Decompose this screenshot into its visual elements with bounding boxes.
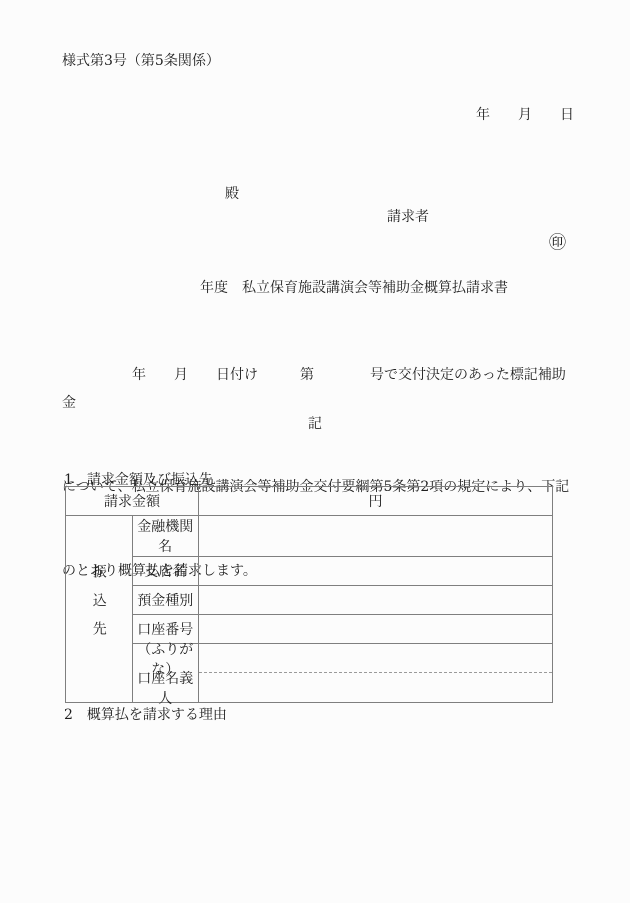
table-row: 振込先 金融機関名 xyxy=(66,516,553,557)
furigana-value xyxy=(199,644,552,673)
account-holder-label-cell: （ふりがな） 口座名義人 xyxy=(132,644,199,703)
amount-label-cell: 請求金額 xyxy=(66,487,199,516)
payment-request-table: 請求金額 円 振込先 金融機関名 支店名 預金種別 口座番号 xyxy=(65,486,553,703)
seal-mark-icon: ㊞ xyxy=(549,228,566,253)
account-number-value-cell xyxy=(199,615,553,644)
body-line-1: 年 月 日付け 第 号で交付決定のあった標記補助金 xyxy=(62,361,570,417)
table-row: 預金種別 xyxy=(66,586,553,615)
document-title: 年度 私立保育施設講演会等補助金概算払請求書 xyxy=(0,277,630,297)
account-holder-value xyxy=(199,673,552,702)
account-holder-row: （ふりがな） 口座名義人 xyxy=(66,644,553,703)
ki-separator-label: 記 xyxy=(0,413,630,433)
addressee-honorific: 殿 xyxy=(225,183,239,203)
amount-row: 請求金額 円 xyxy=(66,487,553,516)
deposit-type-value-cell xyxy=(199,586,553,615)
document-page: 様式第3号（第5条関係） 年 月 日 殿 請求者 ㊞ 年度 私立保育施設講演会等… xyxy=(0,0,630,903)
table-row: 支店名 xyxy=(66,557,553,586)
form-number: 様式第3号（第5条関係） xyxy=(62,50,220,70)
bank-name-value-cell xyxy=(199,516,553,557)
bank-name-label-cell: 金融機関名 xyxy=(132,516,199,557)
amount-unit-cell: 円 xyxy=(199,487,553,516)
date-line: 年 月 日 xyxy=(476,104,574,124)
branch-name-label-cell: 支店名 xyxy=(132,557,199,586)
deposit-type-label-cell: 預金種別 xyxy=(132,586,199,615)
transfer-destination-label: 振込先 xyxy=(92,564,106,650)
section-2-heading: 2 概算払を請求する理由 xyxy=(64,704,227,724)
account-holder-label: 口座名義人 xyxy=(133,673,199,702)
account-holder-value-cell xyxy=(199,644,553,703)
transfer-destination-group-cell: 振込先 xyxy=(66,516,133,703)
branch-name-value-cell xyxy=(199,557,553,586)
requester-label: 請求者 xyxy=(387,206,429,226)
